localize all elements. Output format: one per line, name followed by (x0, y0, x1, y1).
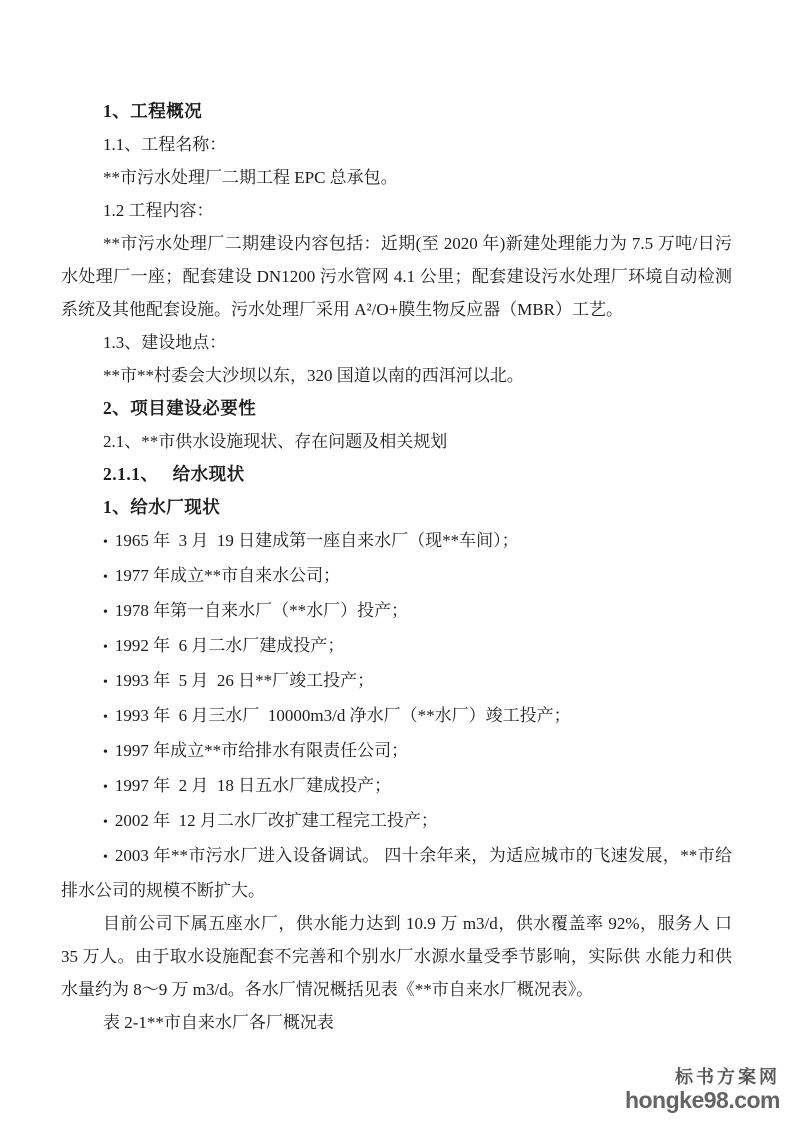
paragraph: 1.1、工程名称： (61, 128, 732, 161)
paragraph: **市污水处理厂二期建设内容包括：近期(至 2020 年)新建处理能力为 7.5… (61, 227, 732, 326)
section-heading: 1、工程概况 (61, 95, 732, 128)
paragraph: **市**村委会大沙坝以东，320 国道以南的西洱河以北。 (61, 359, 732, 392)
bullet-icon: • (103, 710, 108, 725)
document-page: 1、工程概况1.1、工程名称：**市污水处理厂二期工程 EPC 总承包。1.2 … (0, 0, 793, 1122)
bullet-icon: • (103, 745, 108, 760)
watermark-site-name: 标书方案网 (625, 1067, 780, 1088)
bullet-icon: • (103, 850, 108, 865)
document-content: 1、工程概况1.1、工程名称：**市污水处理厂二期工程 EPC 总承包。1.2 … (61, 95, 732, 1039)
bullet-icon: • (103, 570, 108, 585)
bullet-icon: • (103, 605, 108, 620)
bullet-item: •1997 年 2 月 18 日五水厂建成投产； (61, 769, 732, 804)
bullet-item: •1997 年成立**市给排水有限责任公司； (61, 734, 732, 769)
paragraph: 1.2 工程内容： (61, 194, 732, 227)
bullet-text: 1978 年第一自来水厂（**水厂）投产； (115, 601, 408, 620)
bullet-icon: • (103, 640, 108, 655)
paragraph: **市污水处理厂二期工程 EPC 总承包。 (61, 161, 732, 194)
bullet-item: •2002 年 12 月二水厂改扩建工程完工投产； (61, 804, 732, 839)
paragraph: 1.3、建设地点： (61, 326, 732, 359)
watermark: 标书方案网 hongke98.com (625, 1067, 780, 1112)
section-heading: 2、项目建设必要性 (61, 392, 732, 425)
bullet-text: 1965 年 3 月 19 日建成第一座自来水厂（现**车间）； (115, 531, 519, 550)
section-heading: 1、给水厂现状 (61, 491, 732, 524)
bullet-item: •1992 年 6 月二水厂建成投产； (61, 629, 732, 664)
bullet-icon: • (103, 815, 108, 830)
bullet-text: 1993 年 6 月三水厂 10000m3/d 净水厂（**水厂）竣工投产； (115, 706, 571, 725)
bullet-icon: • (103, 675, 108, 690)
bullet-text: 1997 年成立**市给排水有限责任公司； (115, 741, 408, 760)
bullet-text: 1997 年 2 月 18 日五水厂建成投产； (115, 776, 391, 795)
bullet-text: 2003 年**市污水厂进入设备调试。 四十余年来，为适应城市的飞速发展，**市… (61, 846, 732, 900)
bullet-item: •1993 年 5 月 26 日**厂竣工投产； (61, 664, 732, 699)
watermark-site-url: hongke98.com (625, 1088, 780, 1112)
bullet-icon: • (103, 780, 108, 795)
bullet-text: 1993 年 5 月 26 日**厂竣工投产； (115, 671, 374, 690)
paragraph: 2.1、**市供水设施现状、存在问题及相关规划 (61, 425, 732, 458)
bullet-text: 1992 年 6 月二水厂建成投产； (115, 636, 345, 655)
bullet-item: •1978 年第一自来水厂（**水厂）投产； (61, 594, 732, 629)
bullet-icon: • (103, 535, 108, 550)
section-heading: 2.1.1、 给水现状 (61, 458, 732, 491)
paragraph: 表 2-1**市自来水厂各厂概况表 (61, 1006, 732, 1039)
paragraph: 目前公司下属五座水厂，供水能力达到 10.9 万 m3/d，供水覆盖率 92%，… (61, 907, 732, 1006)
bullet-text: 2002 年 12 月二水厂改扩建工程完工投产； (115, 811, 438, 830)
bullet-item: •1965 年 3 月 19 日建成第一座自来水厂（现**车间）； (61, 524, 732, 559)
bullet-item: •1977 年成立**市自来水公司； (61, 559, 732, 594)
bullet-item: •1993 年 6 月三水厂 10000m3/d 净水厂（**水厂）竣工投产； (61, 699, 732, 734)
bullet-item: •2003 年**市污水厂进入设备调试。 四十余年来，为适应城市的飞速发展，**… (61, 839, 732, 907)
bullet-text: 1977 年成立**市自来水公司； (115, 566, 340, 585)
